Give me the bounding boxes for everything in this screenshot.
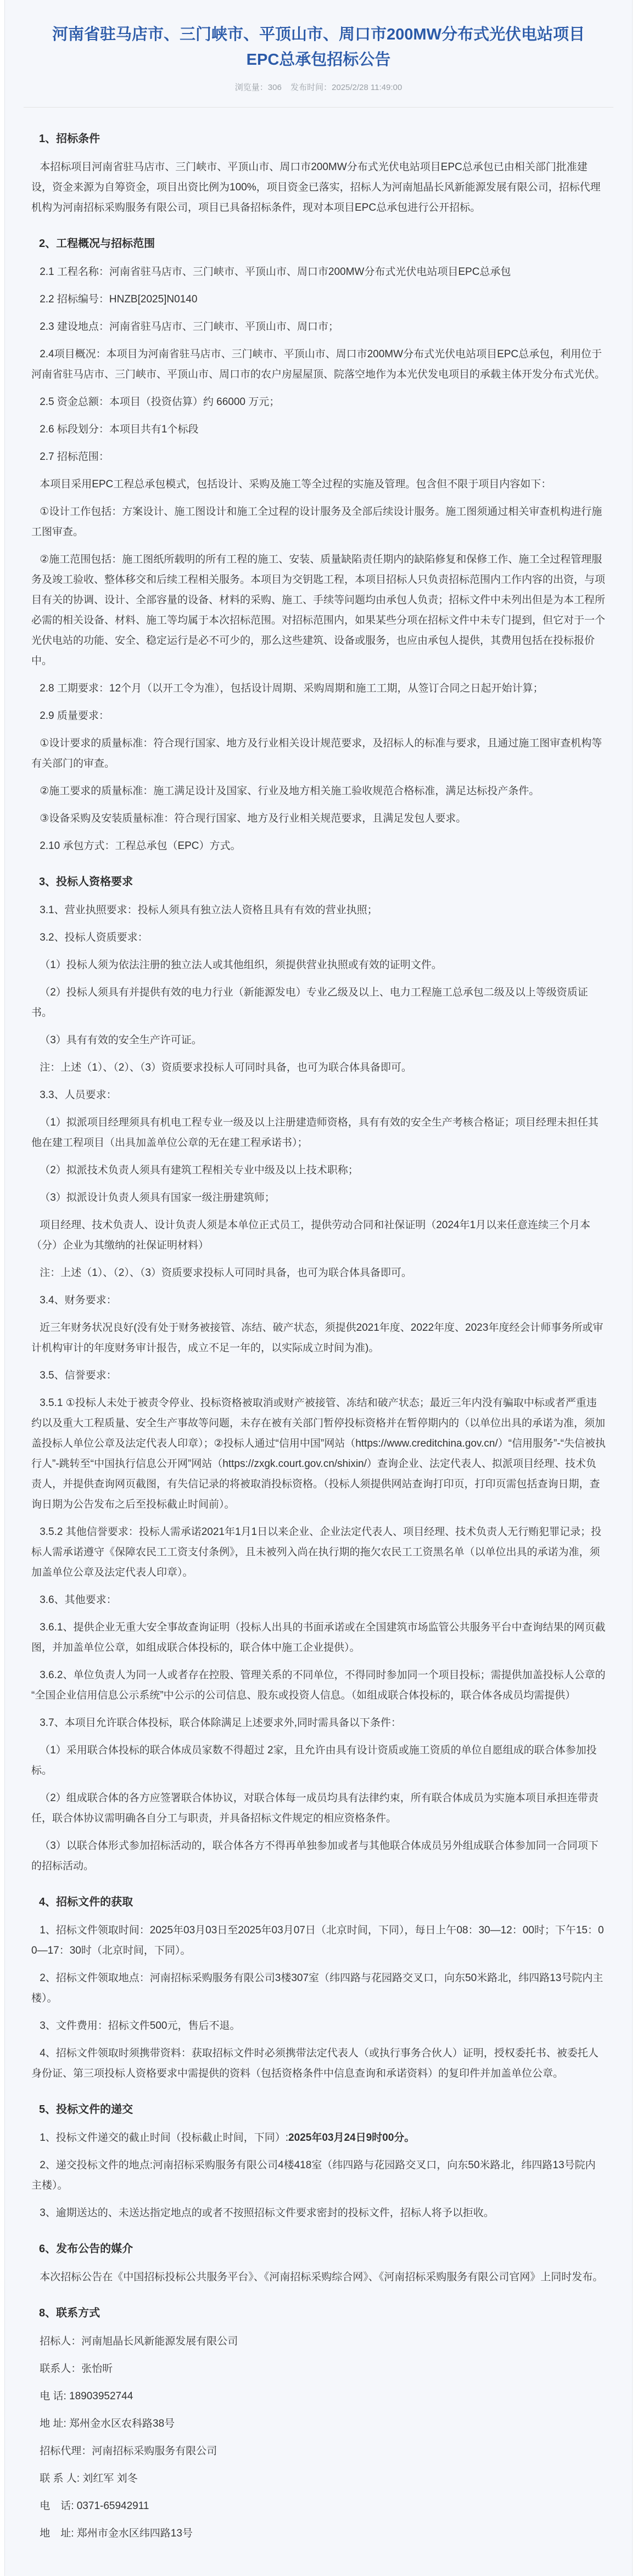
paragraph: （3）具有有效的安全生产许可证。: [31, 1030, 606, 1050]
paragraph: 联 系 人: 刘红军 刘冬: [31, 2468, 606, 2489]
paragraph: 2.5 资金总额：本项目（投资估算）约 66000 万元；: [31, 392, 606, 412]
body-text: 3.7、本项目允许联合体投标，联合体除满足上述要求外,同时需具备以下条件：: [40, 1717, 401, 1729]
body-text: 2.1 工程名称：河南省驻马店市、三门峡市、平顶山市、周口市200MW分布式光伏…: [40, 266, 511, 278]
paragraph: 3.5、信誉要求：: [31, 1365, 606, 1386]
page: 河南省驻马店市、三门峡市、平顶山市、周口市200MW分布式光伏电站项目EPC总承…: [0, 0, 637, 2576]
paragraph: 3.4、财务要求：: [31, 1290, 606, 1311]
body-text: 电 话: 0371-65942911: [40, 2500, 149, 2512]
paragraph: 招标代理：河南招标采购服务有限公司: [31, 2441, 606, 2461]
paragraph: 注：上述（1）、（2）、（3）资质要求投标人可同时具备，也可为联合体具备即可。: [31, 1058, 606, 1078]
section-heading: 2、工程概况与招标范围: [31, 235, 606, 252]
body-text: 招标人：河南旭晶长风新能源发展有限公司: [40, 2336, 238, 2347]
section-heading: 4、招标文件的获取: [31, 1894, 606, 1910]
body-text: （1）拟派项目经理须具有机电工程专业一级及以上注册建造师资格，具有有效的安全生产…: [31, 1117, 599, 1149]
paragraph: 联系人：张怡昕: [31, 2359, 606, 2379]
paragraph: （1）投标人须为依法注册的独立法人或其他组织，须提供营业执照或有效的证明文件。: [31, 955, 606, 975]
section-heading: 6、发布公告的媒介: [31, 2241, 606, 2257]
body-text: 1、招标文件领取时间：2025年03月03日至2025年03月07日（北京时间，…: [31, 1925, 604, 1956]
paragraph: 3.5.1 ①投标人未处于被责令停业、投标资格被取消或财产被接管、冻结和破产状态…: [31, 1393, 606, 1515]
publish-label: 发布时间：: [290, 83, 332, 92]
body-text: 联系人：张怡昕: [40, 2363, 113, 2375]
body-text: 3.6.2、单位负责人为同一人或者存在控股、管理关系的不同单位，不得同时参加同一…: [31, 1669, 605, 1701]
paragraph: （1）拟派项目经理须具有机电工程专业一级及以上注册建造师资格，具有有效的安全生产…: [31, 1112, 606, 1153]
paragraph: 2、递交投标文件的地点:河南招标采购服务有限公司4楼418室（纬四路与花园路交叉…: [31, 2155, 606, 2196]
body-text: 地 址: 郑州市金水区纬四路13号: [40, 2528, 193, 2539]
body-text: ②施工范围包括：施工图纸所载明的所有工程的施工、安装、质量缺陷责任期内的缺陷修复…: [31, 554, 605, 667]
paragraph: 电 话: 18903952744: [31, 2386, 606, 2406]
paragraph: 1、招标文件领取时间：2025年03月03日至2025年03月07日（北京时间，…: [31, 1920, 606, 1961]
body-text: 3.5.2 其他信誉要求：投标人需承诺2021年1月1日以来企业、企业法定代表人…: [31, 1526, 601, 1578]
paragraph: 地 址: 郑州金水区农科路38号: [31, 2414, 606, 2434]
paragraph: 本项目采用EPC工程总承包模式，包括设计、采购及施工等全过程的实施及管理。包含但…: [31, 474, 606, 494]
body-text: ①设计工作包括：方案设计、施工图设计和施工全过程的设计服务及全部后续设计服务。施…: [31, 506, 602, 538]
body-text: （3）具有有效的安全生产许可证。: [40, 1034, 202, 1046]
paragraph: 2.3 建设地点：河南省驻马店市、三门峡市、平顶山市、周口市；: [31, 317, 606, 337]
body-text: 3.5、信誉要求：: [40, 1370, 116, 1381]
paragraph: 近三年财务状况良好(没有处于财务被接管、冻结、破产状态，须提供2021年度、20…: [31, 1318, 606, 1358]
body-text: 3.3、人员要求：: [40, 1089, 116, 1101]
paragraph: 3.3、人员要求：: [31, 1085, 606, 1105]
paragraph: 2.9 质量要求：: [31, 706, 606, 726]
body-text: 3、文件费用：招标文件500元，售后不退。: [40, 2020, 240, 2032]
body-text: 2.9 质量要求：: [40, 710, 109, 722]
views-meta: 浏览量：306: [235, 83, 282, 92]
body-text: 2.2 招标编号：HNZB[2025]N0140: [40, 294, 197, 305]
body-text: 本次招标公告在《中国招标投标公共服务平台》、《河南招标采购综合网》、《河南招标采…: [40, 2271, 603, 2283]
announcement-panel: 河南省驻马店市、三门峡市、平顶山市、周口市200MW分布式光伏电站项目EPC总承…: [4, 0, 633, 2576]
paragraph: ①设计工作包括：方案设计、施工图设计和施工全过程的设计服务及全部后续设计服务。施…: [31, 502, 606, 542]
article: 1、招标条件本招标项目河南省驻马店市、三门峡市、平顶山市、周口市200MW分布式…: [31, 131, 606, 2544]
body-text: 3.4、财务要求：: [40, 1295, 116, 1306]
emphasis-text: 2025年03月24日9时00分。: [288, 2132, 415, 2144]
paragraph: ②施工范围包括：施工图纸所载明的所有工程的施工、安装、质量缺陷责任期内的缺陷修复…: [31, 549, 606, 671]
paragraph: 本招标项目河南省驻马店市、三门峡市、平顶山市、周口市200MW分布式光伏电站项目…: [31, 157, 606, 218]
body-text: ③设备采购及安装质量标准：符合现行国家、地方及行业相关规范要求，且满足发包人要求…: [40, 813, 466, 824]
body-text: 2.3 建设地点：河南省驻马店市、三门峡市、平顶山市、周口市；: [40, 321, 339, 333]
paragraph: 2.2 招标编号：HNZB[2025]N0140: [31, 289, 606, 310]
section-heading: 3、投标人资格要求: [31, 874, 606, 890]
meta-row: 浏览量：306 发布时间：2025/2/28 11:49:00: [31, 81, 606, 93]
body-text: 电 话: 18903952744: [40, 2391, 133, 2402]
section-heading: 1、招标条件: [31, 131, 606, 147]
publish-time: 2025/2/28 11:49:00: [332, 83, 402, 92]
body-text: 2.4项目概况：本项目为河南省驻马店市、三门峡市、平顶山市、周口市200MW分布…: [31, 348, 605, 380]
body-text: （2）投标人须具有并提供有效的电力行业（新能源发电）专业乙级及以上、电力工程施工…: [31, 987, 588, 1019]
body-text: 本招标项目河南省驻马店市、三门峡市、平顶山市、周口市200MW分布式光伏电站项目…: [31, 161, 601, 213]
header-divider: [24, 107, 613, 108]
paragraph: 2.1 工程名称：河南省驻马店市、三门峡市、平顶山市、周口市200MW分布式光伏…: [31, 262, 606, 282]
paragraph: 3.7、本项目允许联合体投标，联合体除满足上述要求外,同时需具备以下条件：: [31, 1713, 606, 1733]
paragraph: （3）拟派设计负责人须具有国家一级注册建筑师；: [31, 1188, 606, 1208]
body-text: 项目经理、技术负责人、设计负责人须是本单位正式员工，提供劳动合同和社保证明（20…: [31, 1219, 590, 1251]
paragraph: 1、投标文件递交的截止时间（投标截止时间，下同）:2025年03月24日9时00…: [31, 2128, 606, 2148]
body-text: 本项目采用EPC工程总承包模式，包括设计、采购及施工等全过程的实施及管理。包含但…: [40, 479, 551, 490]
body-text: （1）采用联合体投标的联合体成员家数不得超过 2家，且允许由具有设计资质或施工资…: [31, 1745, 597, 1776]
body-text: 3.5.1 ①投标人未处于被责令停业、投标资格被取消或财产被接管、冻结和破产状态…: [31, 1397, 606, 1510]
paragraph: 电 话: 0371-65942911: [31, 2496, 606, 2516]
body-text: 注：上述（1）、（2）、（3）资质要求投标人可同时具备，也可为联合体具备即可。: [40, 1062, 412, 1073]
section-heading: 5、投标文件的递交: [31, 2101, 606, 2118]
body-text: （2）拟派技术负责人须具有建筑工程相关专业中级及以上技术职称；: [40, 1165, 359, 1176]
paragraph: 3、逾期送达的、未送达指定地点的或者不按照招标文件要求密封的投标文件，招标人将予…: [31, 2203, 606, 2223]
body-text: 注：上述（1）、（2）、（3）资质要求投标人可同时具备，也可为联合体具备即可。: [40, 1267, 412, 1279]
section-heading: 8、联系方式: [31, 2305, 606, 2321]
views-count: 306: [268, 83, 282, 92]
paragraph: 招标人：河南旭晶长风新能源发展有限公司: [31, 2331, 606, 2352]
paragraph: ②施工要求的质量标准：施工满足设计及国家、行业及地方相关施工验收规范合格标准，满…: [31, 781, 606, 801]
paragraph: 2.10 承包方式：工程总承包（EPC）方式。: [31, 836, 606, 856]
paragraph: 3.6、其他要求：: [31, 1590, 606, 1610]
paragraph: ①设计要求的质量标准：符合现行国家、地方及行业相关设计规范要求，及招标人的标准与…: [31, 733, 606, 774]
paragraph: 注：上述（1）、（2）、（3）资质要求投标人可同时具备，也可为联合体具备即可。: [31, 1263, 606, 1283]
paragraph: 3.6.1、提供企业无重大安全事故查询证明（投标人出具的书面承诺或在全国建筑市场…: [31, 1617, 606, 1658]
body-text: 3.6.1、提供企业无重大安全事故查询证明（投标人出具的书面承诺或在全国建筑市场…: [31, 1622, 605, 1653]
page-title: 河南省驻马店市、三门峡市、平顶山市、周口市200MW分布式光伏电站项目EPC总承…: [41, 22, 596, 72]
publish-meta: 发布时间：2025/2/28 11:49:00: [290, 83, 402, 92]
paragraph: 3、文件费用：招标文件500元，售后不退。: [31, 2016, 606, 2036]
body-text: 招标代理：河南招标采购服务有限公司: [40, 2445, 217, 2457]
paragraph: （2）组成联合体的各方应签署联合体协议，对联合体每一成员均具有法律约束，所有联合…: [31, 1788, 606, 1829]
body-text: 地 址: 郑州金水区农科路38号: [40, 2418, 175, 2429]
body-text: （2）组成联合体的各方应签署联合体协议，对联合体每一成员均具有法律约束，所有联合…: [31, 1792, 599, 1824]
paragraph: 2、招标文件领取地点：河南招标采购服务有限公司3楼307室（纬四路与花园路交叉口…: [31, 1968, 606, 2009]
body-text: 2.10 承包方式：工程总承包（EPC）方式。: [40, 840, 241, 852]
paragraph: 2.8 工期要求：12个月（以开工令为准），包括设计周期、采购周期和施工工期，从…: [31, 678, 606, 699]
paragraph: 3.6.2、单位负责人为同一人或者存在控股、管理关系的不同单位，不得同时参加同一…: [31, 1665, 606, 1706]
paragraph: 2.6 标段划分：本项目共有1个标段: [31, 419, 606, 440]
body-text: ①设计要求的质量标准：符合现行国家、地方及行业相关设计规范要求，及招标人的标准与…: [31, 738, 602, 769]
paragraph: 4、招标文件领取时须携带资料：获取招标文件时必须携带法定代表人（或执行事务合伙人…: [31, 2043, 606, 2084]
paragraph: （2）拟派技术负责人须具有建筑工程相关专业中级及以上技术职称；: [31, 1160, 606, 1180]
body-text: 联 系 人: 刘红军 刘冬: [40, 2473, 137, 2484]
body-text: ②施工要求的质量标准：施工满足设计及国家、行业及地方相关施工验收规范合格标准，满…: [40, 785, 539, 797]
body-text: 4、招标文件领取时须携带资料：获取招标文件时必须携带法定代表人（或执行事务合伙人…: [31, 2048, 599, 2079]
paragraph: 地 址: 郑州市金水区纬四路13号: [31, 2523, 606, 2544]
body-text: 1、投标文件递交的截止时间（投标截止时间，下同）:: [40, 2132, 288, 2144]
body-text: 3.1、营业执照要求：投标人须具有独立法人资格且具有有效的营业执照；: [40, 904, 377, 916]
paragraph: 本次招标公告在《中国招标投标公共服务平台》、《河南招标采购综合网》、《河南招标采…: [31, 2267, 606, 2287]
paragraph: ③设备采购及安装质量标准：符合现行国家、地方及行业相关规范要求，且满足发包人要求…: [31, 808, 606, 829]
body-text: 2.5 资金总额：本项目（投资估算）约 66000 万元；: [40, 396, 280, 408]
body-text: 3、逾期送达的、未送达指定地点的或者不按照招标文件要求密封的投标文件，招标人将予…: [40, 2207, 494, 2219]
paragraph: 2.4项目概况：本项目为河南省驻马店市、三门峡市、平顶山市、周口市200MW分布…: [31, 344, 606, 385]
body-text: 3.2、投标人资质要求：: [40, 932, 148, 943]
paragraph: 3.5.2 其他信誉要求：投标人需承诺2021年1月1日以来企业、企业法定代表人…: [31, 1522, 606, 1583]
paragraph: （2）投标人须具有并提供有效的电力行业（新能源发电）专业乙级及以上、电力工程施工…: [31, 982, 606, 1023]
body-text: （3）以联合体形式参加招标活动的，联合体各方不得再单独参加或者与其他联合体成员另…: [31, 1840, 599, 1872]
paragraph: （3）以联合体形式参加招标活动的，联合体各方不得再单独参加或者与其他联合体成员另…: [31, 1836, 606, 1876]
paragraph: 3.2、投标人资质要求：: [31, 927, 606, 948]
body-text: 2、招标文件领取地点：河南招标采购服务有限公司3楼307室（纬四路与花园路交叉口…: [31, 1972, 603, 2004]
paragraph: 项目经理、技术负责人、设计负责人须是本单位正式员工，提供劳动合同和社保证明（20…: [31, 1215, 606, 1256]
paragraph: （1）采用联合体投标的联合体成员家数不得超过 2家，且允许由具有设计资质或施工资…: [31, 1740, 606, 1781]
body-text: （3）拟派设计负责人须具有国家一级注册建筑师；: [40, 1192, 275, 1203]
body-text: 3.6、其他要求：: [40, 1594, 116, 1606]
paragraph: 3.1、营业执照要求：投标人须具有独立法人资格且具有有效的营业执照；: [31, 900, 606, 920]
views-label: 浏览量：: [235, 83, 268, 92]
body-text: 2.7 招标范围：: [40, 451, 109, 463]
paragraph: 2.7 招标范围：: [31, 447, 606, 467]
body-text: 近三年财务状况良好(没有处于财务被接管、冻结、破产状态，须提供2021年度、20…: [31, 1322, 603, 1354]
body-text: 2.6 标段划分：本项目共有1个标段: [40, 424, 198, 435]
body-text: 2.8 工期要求：12个月（以开工令为准），包括设计周期、采购周期和施工工期，从…: [40, 683, 543, 694]
body-text: （1）投标人须为依法注册的独立法人或其他组织，须提供营业执照或有效的证明文件。: [40, 959, 442, 971]
body-text: 2、递交投标文件的地点:河南招标采购服务有限公司4楼418室（纬四路与花园路交叉…: [31, 2159, 596, 2191]
